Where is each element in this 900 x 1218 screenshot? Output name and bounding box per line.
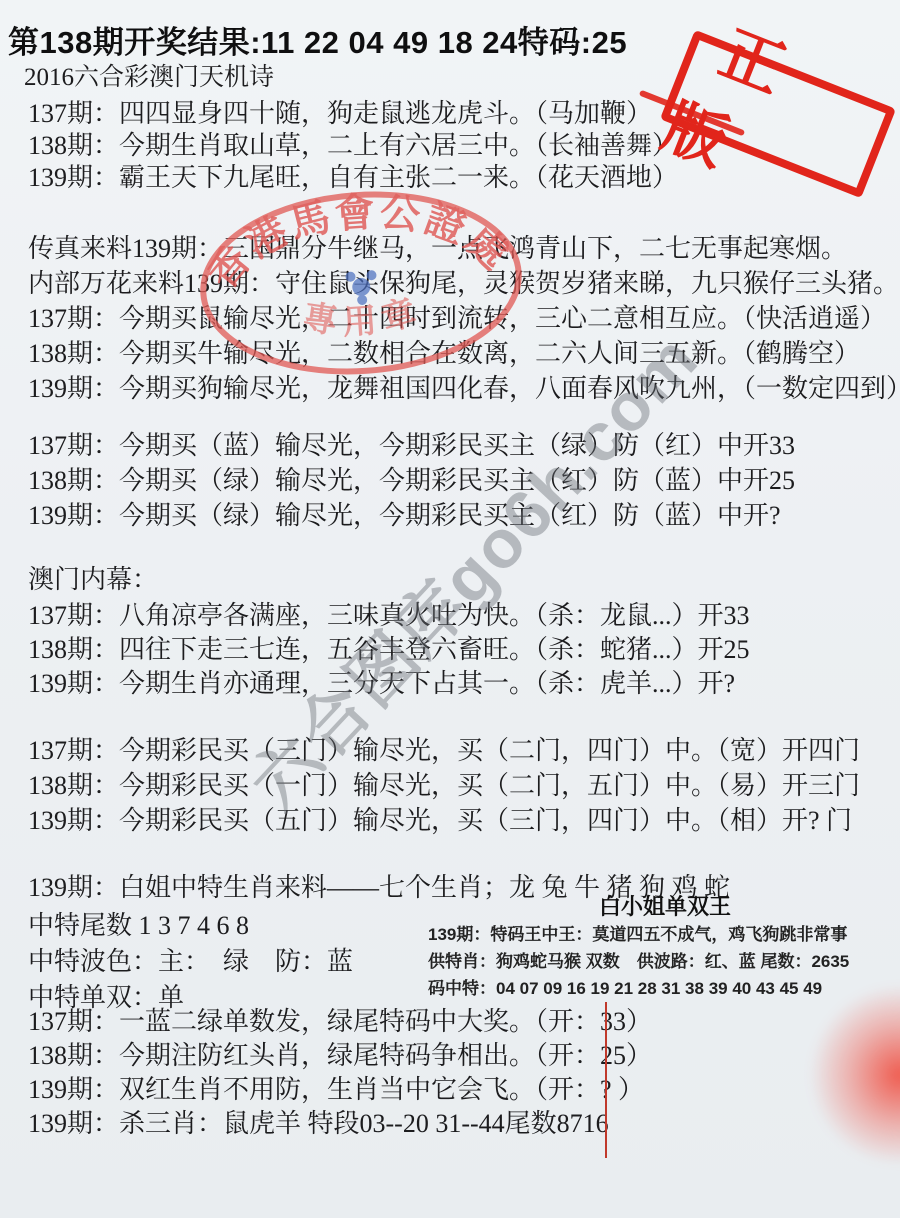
red-glow [810, 985, 900, 1165]
baixiaojie-line: 供特肖：狗鸡蛇马猴 双数 供波路：红、蓝 尾数：2635 [428, 953, 849, 972]
result-line: 139期：杀三肖：鼠虎羊 特段03--20 31--44尾数8716 [28, 1110, 609, 1139]
colorbet-line: 139期：今期买（绿）输尽光，今期彩民买主（红）防（蓝）中开? [28, 502, 781, 531]
lailiao-line: 138期：今期买牛输尽光，二数相合在数离，二六人间三五新。（鹤腾空） [28, 340, 860, 369]
lailiao-line: 内部万花来料139期：守住鼠头保狗尾，灵猴贺岁猪来睇，九只猴仔三头猪。 [28, 270, 899, 299]
baixiaojie-line: 码中特：04 07 09 16 19 21 28 31 38 39 40 43 … [428, 980, 822, 999]
lailiao-line: 139期：今期买狗输尽光，龙舞祖国四化春，八面春风吹九州，（一数定四到） [28, 375, 900, 404]
red-divider-line [605, 1002, 607, 1158]
doorbet-line: 139期：今期彩民买（五门）输尽光，买（三门，四门）中。（相）开? 门 [28, 807, 852, 836]
doorbet-line: 138期：今期彩民买（一门）输尽光，买（二门，五门）中。（易）开三门 [28, 772, 860, 801]
neimu-title: 澳门内幕： [28, 566, 158, 595]
colorbet-line: 137期：今期买（蓝）输尽光，今期彩民买主（绿）防（红）中开33 [28, 432, 795, 461]
page-subtitle: 2016六合彩澳门天机诗 [24, 64, 274, 92]
baixiaojie-title: 白小姐单双王 [430, 895, 900, 919]
baixiaojie-line: 139期：特码王中王：莫道四五不成气，鸡飞狗跳非常事 [428, 926, 847, 945]
colorbet-line: 138期：今期买（绿）输尽光，今期彩民买主（红）防（蓝）中开25 [28, 467, 795, 496]
lailiao-line: 传真来料139期：三国鼎分牛继马，一点飞鸿青山下，二七无事起寒烟。 [28, 235, 847, 264]
doorbet-line: 137期：今期彩民买（三门）输尽光，买（二门，四门）中。（宽）开四门 [28, 737, 860, 766]
page-title: 第138期开奖结果:11 22 04 49 18 24特码:25 [8, 26, 627, 60]
result-line: 137期：一蓝二绿单数发，绿尾特码中大奖。（开：33） [28, 1008, 652, 1037]
result-line: 139期：双红生肖不用防，生肖当中它会飞。（开：? ） [28, 1076, 644, 1105]
tianji-line: 139期：霸王天下九尾旺，自有主张二一来。（花天酒地） [28, 164, 678, 193]
result-line: 138期：今期注防红头肖，绿尾特码争相出。（开：25） [28, 1042, 652, 1071]
neimu-line: 137期：八角凉亭各满座，三味真火吐为快。（杀：龙鼠...）开33 [28, 602, 750, 631]
lottery-tip-sheet: { "header": { "title": "第138期开奖结果:11 22 … [0, 0, 900, 1218]
baijie-wave-color: 中特波色：主： 绿 防：蓝 [28, 948, 353, 977]
lailiao-line: 137期：今期买鼠输尽光，二十四时到流转，三心二意相互应。（快活逍遥） [28, 305, 886, 334]
neimu-line: 138期：四往下走三七连，五谷丰登六畜旺。（杀：蛇猪...）开25 [28, 636, 750, 665]
baijie-tail-numbers: 中特尾数 1 3 7 4 6 8 [28, 912, 249, 941]
neimu-line: 139期：今期生肖亦通理，三分天下占其一。（杀：虎羊...）开? [28, 670, 735, 699]
tianji-line: 138期：今期生肖取山草，二上有六居三中。（长袖善舞） [28, 132, 678, 161]
tianji-line: 137期：四四显身四十随，狗走鼠逃龙虎斗。（马加鞭） [28, 100, 652, 129]
